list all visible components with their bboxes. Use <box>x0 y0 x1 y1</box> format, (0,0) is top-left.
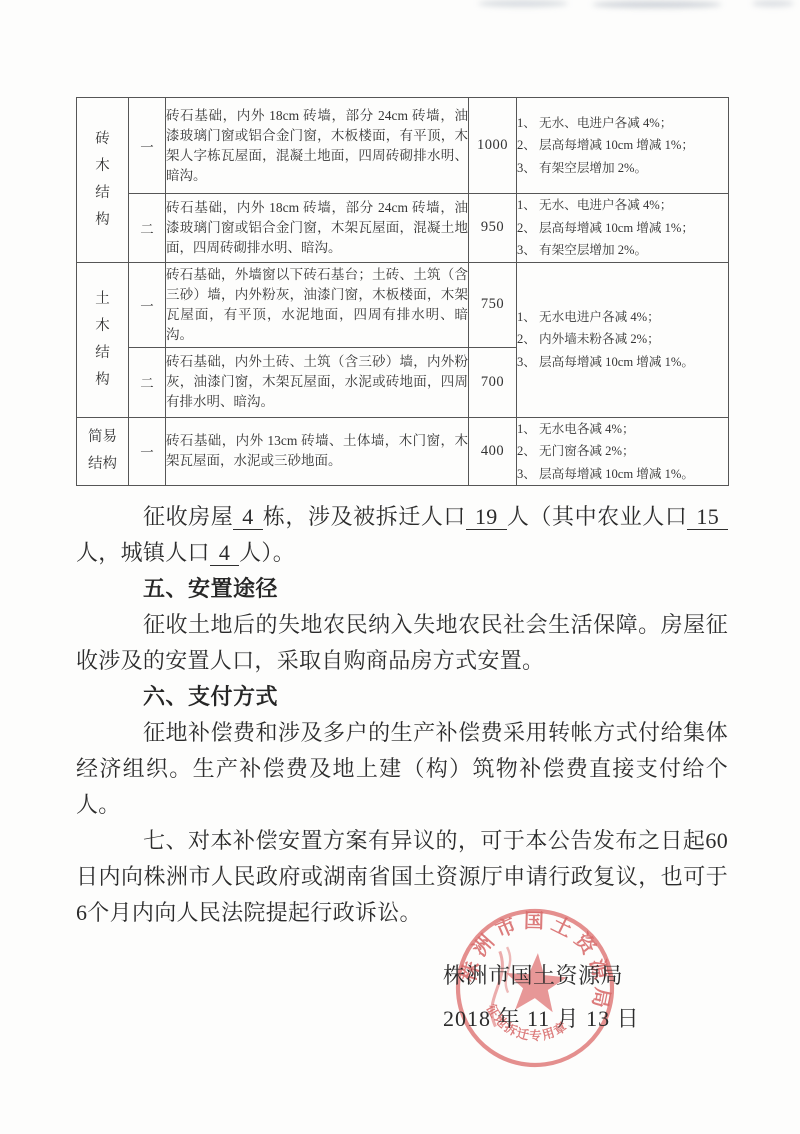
structure-char: 构 <box>77 207 128 234</box>
grade-cell: 二 <box>129 347 166 417</box>
paragraph-section-seven: 七、对本补偿安置方案有异议的，可于本公告发布之日起60日内向株洲市人民政府或湖南… <box>76 823 728 931</box>
underlined-count-urban: 4 <box>210 540 239 566</box>
paragraph-housing-counts: 征收房屋4栋，涉及被拆迁人口19人（其中农业人口15人，城镇人口4人）。 <box>76 499 728 571</box>
note-line: 3、 有架空层增加 2%。 <box>517 157 728 180</box>
description-cell: 砖石基础，内外 18cm 砖墙，部分 24cm 砖墙，油漆玻璃门窗或铝合金门窗，… <box>166 194 469 263</box>
note-line: 1、 无水电各减 4%； <box>517 418 728 441</box>
heading-section-six: 六、支付方式 <box>76 679 728 715</box>
note-line: 2、 层高每增减 10cm 增减 1%； <box>517 134 728 157</box>
compensation-table: 砖 木 结 构 一 砖石基础，内外 18cm 砖墙，部分 24cm 砖墙，油漆玻… <box>76 97 729 486</box>
note-line: 2、 内外墙未粉各减 2%； <box>517 328 728 351</box>
structure-cell-simple: 简易 结构 <box>77 417 129 486</box>
table-row: 二 砖石基础，内外 18cm 砖墙，部分 24cm 砖墙，油漆玻璃门窗或铝合金门… <box>77 194 729 263</box>
text-segment: 征收房屋 <box>143 504 233 529</box>
note-line: 1、 无水、电进户各减 4%； <box>517 112 728 135</box>
underlined-count-relocated: 19 <box>466 504 507 530</box>
notes-cell: 1、 无水、电进户各减 4%； 2、 层高每增减 10cm 增减 1%； 3、 … <box>517 194 729 263</box>
description-cell: 砖石基础，外墙窗以下砖石基台；土砖、土筑（含三砂）墙，内外粉灰，油漆门窗，木板楼… <box>166 262 469 347</box>
notes-cell-merged: 1、 无水电进户各减 4%； 2、 内外墙未粉各减 2%； 3、 层高每增减 1… <box>517 262 729 417</box>
price-cell: 700 <box>469 347 517 417</box>
price-cell: 400 <box>469 417 517 486</box>
text-segment: 栋，涉及被拆迁人口 <box>263 504 466 529</box>
description-cell: 砖石基础，内外 13cm 砖墙、土体墙，木门窗，木架瓦屋面，水泥或三砂地面。 <box>166 417 469 486</box>
scan-artifact <box>752 0 794 7</box>
grade-cell: 二 <box>129 194 166 263</box>
grade-cell: 一 <box>129 417 166 486</box>
text-segment: 人（其中农业人口 <box>507 504 688 529</box>
table-row: 简易 结构 一 砖石基础，内外 13cm 砖墙、土体墙，木门窗，木架瓦屋面，水泥… <box>77 417 729 486</box>
heading-section-five: 五、安置途径 <box>76 571 728 607</box>
scanned-announcement-page: 株洲市国土资源局 征地拆迁专用章 砖 木 结 构 一 砖石基础，内外 18cm … <box>0 0 800 1134</box>
structure-char: 砖 <box>77 126 128 153</box>
scan-artifact <box>592 1 722 8</box>
structure-cell-earth-wood: 土 木 结 构 <box>77 262 129 417</box>
note-line: 2、 无门窗各减 2%； <box>517 440 728 463</box>
structure-char: 土 <box>77 286 128 313</box>
text-segment: 人）。 <box>239 540 295 565</box>
note-line: 3、 层高每增减 10cm 增减 1%。 <box>517 463 728 486</box>
signature-block: 株洲市国土资源局 2018 年 11 月 13 日 <box>443 961 728 1034</box>
structure-char: 木 <box>77 313 128 340</box>
paragraph-section-five: 征收土地后的失地农民纳入失地农民社会生活保障。房屋征收涉及的安置人口，采取自购商… <box>76 607 728 679</box>
paragraph-section-six: 征地补偿费和涉及多户的生产补偿费采用转帐方式付给集体经济组织。生产补偿费及地上建… <box>76 715 728 823</box>
description-cell: 砖石基础，内外 18cm 砖墙，部分 24cm 砖墙，油漆玻璃门窗或铝合金门窗，… <box>166 98 469 194</box>
description-cell: 砖石基础，内外土砖、土筑（含三砂）墙，内外粉灰，油漆门窗，木架瓦屋面，水泥或砖地… <box>166 347 469 417</box>
price-cell: 950 <box>469 194 517 263</box>
grade-cell: 一 <box>129 98 166 194</box>
notes-cell: 1、 无水电各减 4%； 2、 无门窗各减 2%； 3、 层高每增减 10cm … <box>517 417 729 486</box>
price-cell: 1000 <box>469 98 517 194</box>
note-line: 1、 无水、电进户各减 4%； <box>517 194 728 217</box>
note-line: 3、 层高每增减 10cm 增减 1%。 <box>517 351 728 374</box>
signature-org: 株洲市国土资源局 <box>443 961 728 991</box>
underlined-count-agricultural: 15 <box>687 504 728 530</box>
structure-char: 构 <box>77 367 128 394</box>
document-body: 砖 木 结 构 一 砖石基础，内外 18cm 砖墙，部分 24cm 砖墙，油漆玻… <box>76 97 728 1034</box>
grade-cell: 一 <box>129 262 166 347</box>
table-row: 砖 木 结 构 一 砖石基础，内外 18cm 砖墙，部分 24cm 砖墙，油漆玻… <box>77 98 729 194</box>
structure-char: 结 <box>77 180 128 207</box>
structure-char: 结 <box>77 340 128 367</box>
price-cell: 750 <box>469 262 517 347</box>
structure-cell-brick-wood: 砖 木 结 构 <box>77 98 129 263</box>
structure-char: 木 <box>77 153 128 180</box>
structure-line: 结构 <box>77 451 128 478</box>
underlined-count-buildings: 4 <box>233 504 262 530</box>
table-row: 土 木 结 构 一 砖石基础，外墙窗以下砖石基台；土砖、土筑（含三砂）墙，内外粉… <box>77 262 729 347</box>
note-line: 3、 有架空层增加 2%。 <box>517 239 728 262</box>
note-line: 1、 无水电进户各减 4%； <box>517 306 728 329</box>
scan-artifact <box>478 0 568 7</box>
structure-line: 简易 <box>77 424 128 451</box>
text-segment: 人，城镇人口 <box>76 540 210 565</box>
signature-date: 2018 年 11 月 13 日 <box>443 1004 728 1034</box>
notes-cell: 1、 无水、电进户各减 4%； 2、 层高每增减 10cm 增减 1%； 3、 … <box>517 98 729 194</box>
note-line: 2、 层高每增减 10cm 增减 1%； <box>517 217 728 240</box>
